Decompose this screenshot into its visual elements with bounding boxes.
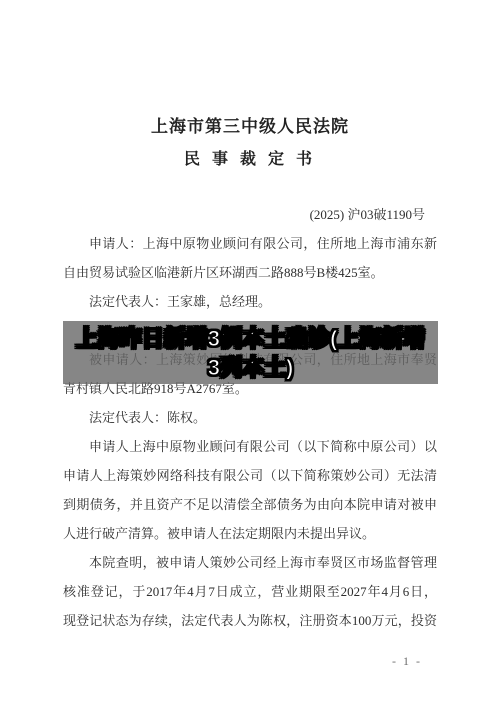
court-name-title: 上海市第三中级人民法院 [63,112,437,137]
document-type-title: 民 事 裁 定 书 [63,146,437,169]
document-line: 到期债务，并且资产不足以清偿全部债务为由向本院申请对被申请 [63,490,437,519]
document-line: 法定代表人：王家雄，总经理。 [63,287,437,316]
headline-line-2: 3列本土) [63,353,438,382]
document-line: 申请人上海策妙网络科技有限公司（以下简称策妙公司）无法清偿 [63,461,437,490]
headline-line-1: 上海昨日新增3例本土确诊(上海新增 [63,324,438,353]
headline-overlay-banner: 上海昨日新增3例本土确诊(上海新增 3列本土) [63,321,438,384]
document-body: 申请人：上海中原物业顾问有限公司，住所地上海市浦东新区自由贸易试验区临港新片区环… [63,229,437,635]
document-line: 申请人上海中原物业顾问有限公司（以下简称中原公司）以被 [63,432,437,461]
page-number: - 1 - [392,654,422,669]
case-number: (2025) 沪03破1190号 [310,204,425,223]
document-line: 本院查明，被申请人策妙公司经上海市奉贤区市场监督管理局 [63,548,437,577]
document-line: 申请人：上海中原物业顾问有限公司，住所地上海市浦东新区 [63,229,437,258]
document-line: 自由贸易试验区临港新片区环湖西二路888号B楼425室。 [63,258,437,287]
document-line: 法定代表人：陈权。 [63,403,437,432]
document-line: 核准登记，于2017年4月7日成立，营业期限至2027年4月6日， [63,577,437,606]
document-line: 人进行破产清算。被申请人在法定期限内未提出异议。 [63,519,437,548]
document-page: 上海市第三中级人民法院 民 事 裁 定 书 (2025) 沪03破1190号 申… [0,0,500,707]
document-line: 现登记状态为存续，法定代表人为陈权，注册资本100万元，投资 [63,606,437,635]
